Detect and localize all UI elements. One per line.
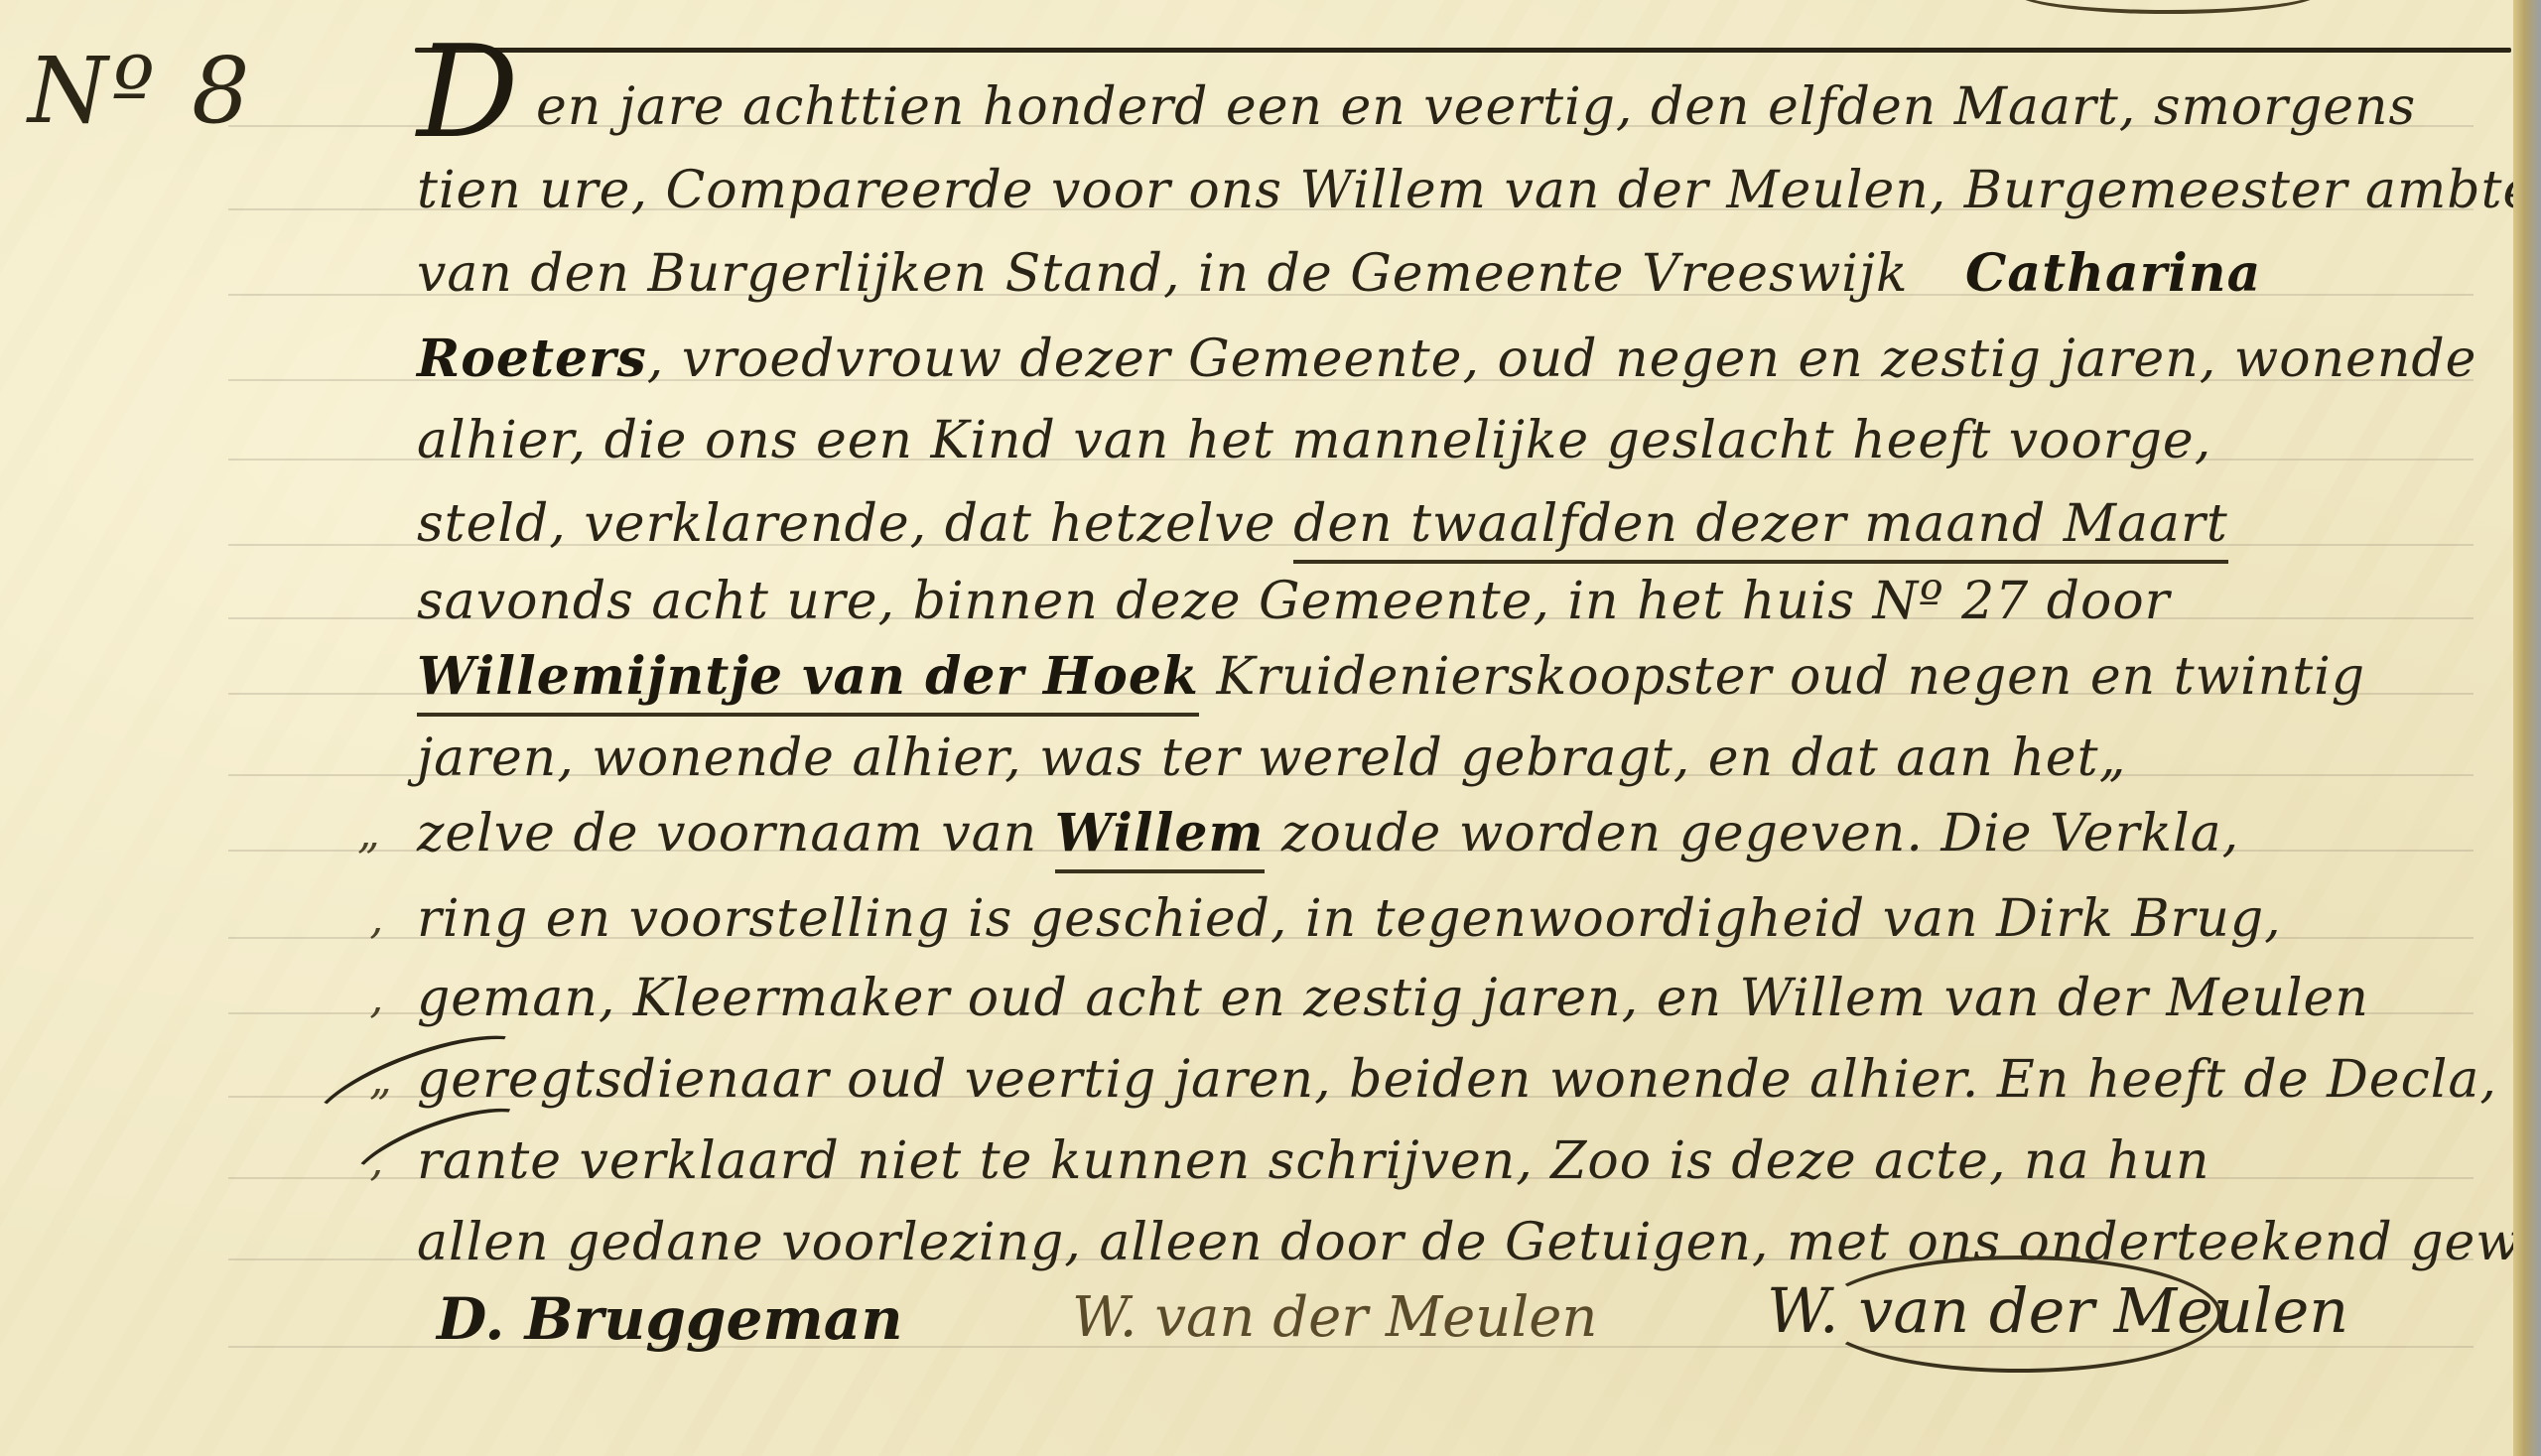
- mother-name: Willemijntje van der Hoek: [417, 646, 1199, 717]
- underlined-date: den twaalfden dezer maand Maart: [1293, 494, 2228, 564]
- text-line-11: ring en voorstelling is geschied, in teg…: [417, 893, 2282, 945]
- text-line-2: tien ure, Compareerde voor ons Willem va…: [417, 165, 2541, 216]
- continuation-mark: „: [357, 808, 380, 859]
- text-line-6: steld, verklarende, dat hetzelve den twa…: [417, 498, 2228, 550]
- continuation-mark: ‚: [369, 973, 383, 1023]
- register-page: Nº 8 D en jare achttien honderd een en v…: [0, 0, 2513, 1456]
- text-segment: , vroedvrouw dezer Gemeente, oud negen e…: [647, 330, 2477, 389]
- text-line-3: van den Burgerlijken Stand, in de Gemeen…: [417, 248, 2261, 300]
- text-line-8: Willemijntje van der Hoek Kruidenierskoo…: [417, 651, 2365, 703]
- child-name: Willem: [1055, 803, 1265, 873]
- text-line-4: Roeters, vroedvrouw dezer Gemeente, oud …: [417, 333, 2476, 385]
- header-rule: [415, 48, 2511, 53]
- text-line-14: rante verklaard niet te kunnen schrijven…: [417, 1135, 2210, 1187]
- person-name: Roeters: [417, 329, 647, 389]
- page-edge: [2513, 0, 2541, 1456]
- text-segment: zoude worden gegeven. Die Verkla,: [1265, 804, 2240, 863]
- entry-number: Nº 8: [28, 38, 254, 144]
- text-segment: van den Burgerlijken Stand, in de Gemeen…: [417, 244, 1909, 304]
- text-line-5: alhier, die ons een Kind van het manneli…: [417, 415, 2211, 466]
- signature-witness-van-der-meulen: W. van der Meulen: [1072, 1290, 1597, 1346]
- signature-bruggeman: D. Bruggeman: [437, 1290, 903, 1348]
- signature-registrar: W. van der Meulen: [1767, 1280, 2348, 1342]
- drop-cap: D: [417, 30, 519, 157]
- text-segment: zelve de voornaam van: [417, 804, 1055, 863]
- text-line-15: allen gedane voorlezing, alleen door de …: [417, 1217, 2541, 1268]
- text-line-9: jaren, wonende alhier, was ter wereld ge…: [417, 732, 2126, 784]
- text-segment: steld, verklarende, dat hetzelve: [417, 494, 1293, 554]
- continuation-mark: ‚: [369, 893, 383, 944]
- text-line-10: zelve de voornaam van Willem zoude worde…: [417, 808, 2239, 860]
- text-segment: Kruidenierskoopster oud negen en twintig: [1199, 647, 2365, 707]
- person-name: Catharina: [1965, 243, 2261, 304]
- text-line-1: en jare achttien honderd een en veertig,…: [536, 81, 2416, 133]
- text-line-7: savonds acht ure, binnen deze Gemeente, …: [417, 576, 2171, 627]
- stamp-arc-remnant: [2015, 0, 2321, 14]
- text-line-13: geregtsdienaar oud veertig jaren, beiden…: [417, 1054, 2497, 1106]
- text-line-12: geman, Kleermaker oud acht en zestig jar…: [417, 973, 2369, 1024]
